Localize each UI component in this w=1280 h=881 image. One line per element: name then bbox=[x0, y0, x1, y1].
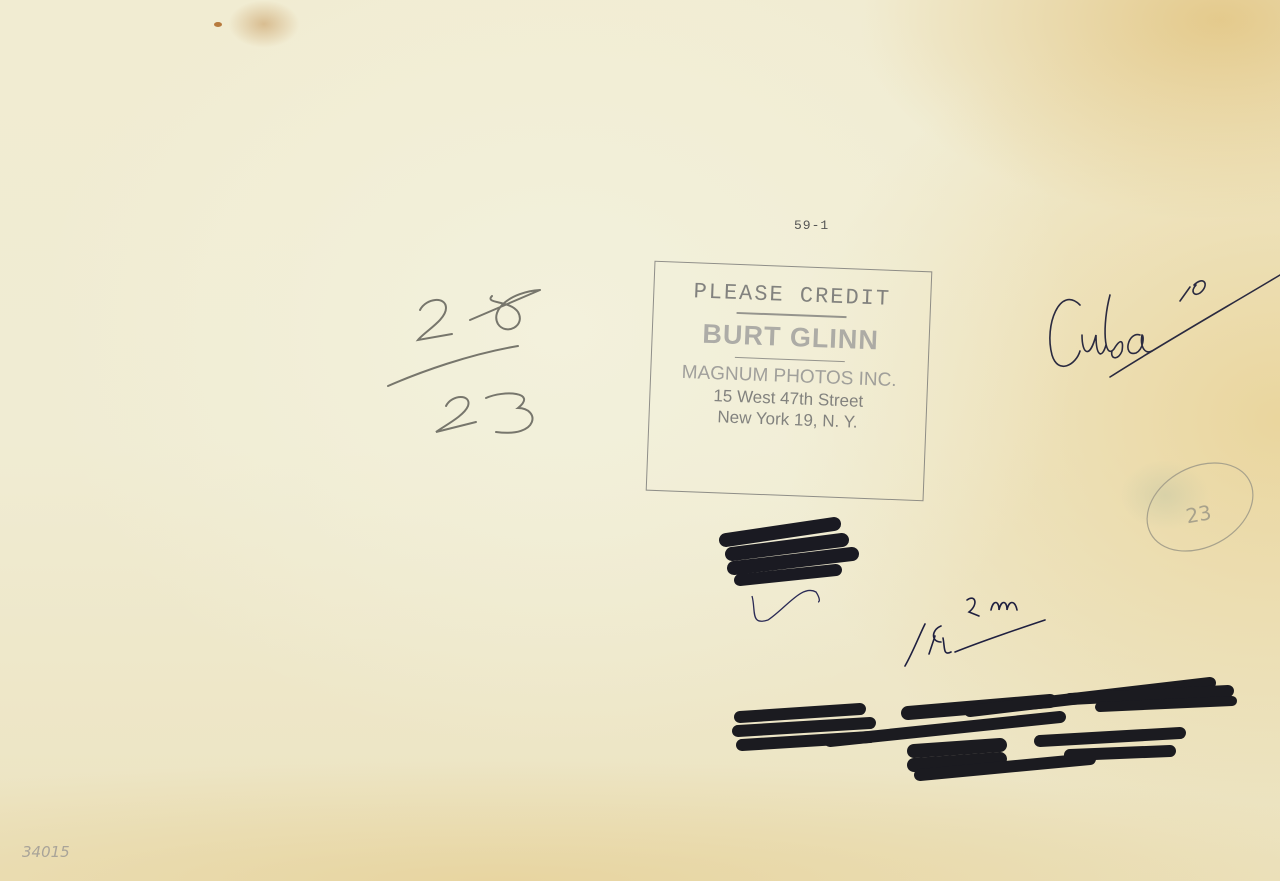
redaction-marker-1 bbox=[716, 510, 866, 640]
inventory-number: 34015 bbox=[22, 843, 70, 861]
stamp-divider bbox=[735, 356, 845, 362]
fraction-top: 28 bbox=[450, 325, 466, 342]
stamp-photographer: BURT GLINN bbox=[652, 316, 929, 358]
stain bbox=[228, 0, 300, 48]
photo-back-paper: 59-1 28 23 PLEASE CREDIT BURT GLINN MAGN… bbox=[0, 0, 1280, 881]
stamp-please-credit: PLEASE CREDIT bbox=[654, 278, 931, 314]
size-handwriting: 14,2 cm bbox=[895, 590, 1055, 675]
size-note: 14,2 cm bbox=[895, 590, 947, 594]
catalog-code: 59-1 bbox=[794, 218, 829, 233]
stamp-divider bbox=[737, 312, 847, 318]
redaction-marker-2 bbox=[730, 665, 1250, 790]
credit-stamp: PLEASE CREDIT BURT GLINN MAGNUM PHOTOS I… bbox=[646, 261, 933, 502]
pencil-fraction: 28 23 bbox=[380, 280, 560, 440]
location-handwriting: Cuba 10 bbox=[1040, 265, 1280, 385]
stain-dot bbox=[214, 22, 222, 27]
stain bbox=[1120, 460, 1210, 530]
fraction-bottom: 23 bbox=[470, 417, 486, 434]
location-note: Cuba 10 bbox=[1040, 265, 1094, 269]
